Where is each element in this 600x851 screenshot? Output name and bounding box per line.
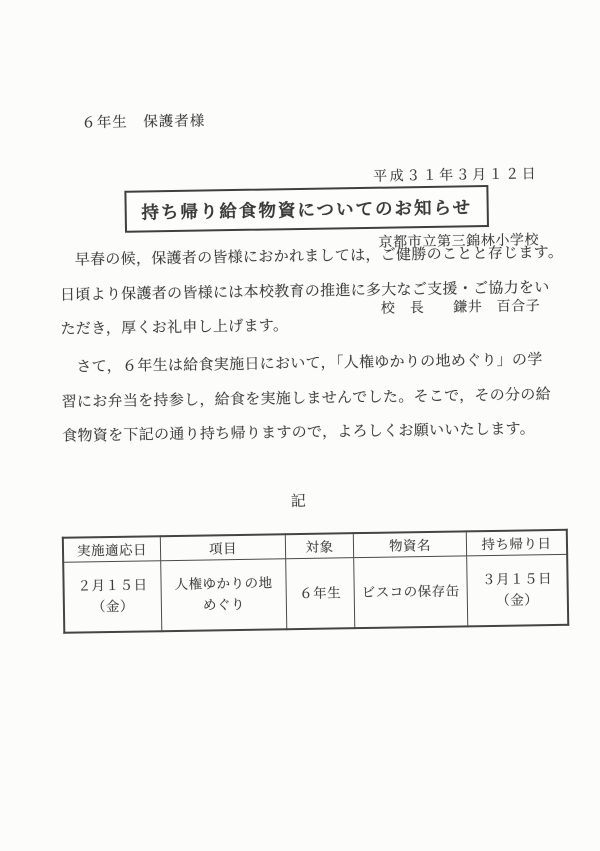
col-header-implementation-date: 実施適応日 [63, 536, 161, 562]
cell-takehome-date: ３月１５日 （金） [467, 554, 569, 627]
paragraph-main-notice: さて，６年生は給食実施日において，「人権ゆかりの地めぐり」の学 習にお弁当を持参… [61, 343, 552, 454]
title-box: 持ち帰り給食物資についてのお知らせ [124, 185, 489, 233]
col-header-takehome-date: 持ち帰り日 [466, 530, 567, 556]
cell-target: ６年生 [286, 557, 355, 629]
col-header-supply-name: 物資名 [353, 531, 466, 557]
record-marker: 記 [1, 485, 597, 515]
col-header-item: 項目 [160, 534, 285, 560]
cell-implementation-date: ２月１５日 （金） [63, 560, 162, 633]
paragraph-greeting: 早春の候，保護者の皆様におかれましては，ご健勝のことと存じます。 日頃より保護者… [59, 236, 564, 347]
addressee-line: ６年生 保護者様 [81, 109, 205, 132]
cell-supply-name: ビスコの保存缶 [354, 555, 468, 628]
cell-item: 人権ゆかりの地 めぐり [161, 558, 287, 631]
scanned-letter-page: ６年生 保護者様 平成３１年３月１２日 京都市立第三錦林小学校 校 長 鎌井 百… [0, 0, 600, 851]
document-title: 持ち帰り給食物資についてのお知らせ [141, 194, 472, 224]
lunch-supply-table: 実施適応日 項目 対象 物資名 持ち帰り日 ２月１５日 （金） 人権ゆかりの地 … [62, 529, 569, 634]
table-row: ２月１５日 （金） 人権ゆかりの地 めぐり ６年生 ビスコの保存缶 ３月１５日 … [63, 554, 568, 633]
col-header-target: 対象 [285, 533, 353, 558]
letter-date: 平成３１年３月１２日 [373, 162, 538, 187]
document-content: ６年生 保護者様 平成３１年３月１２日 京都市立第三錦林小学校 校 長 鎌井 百… [0, 0, 600, 851]
